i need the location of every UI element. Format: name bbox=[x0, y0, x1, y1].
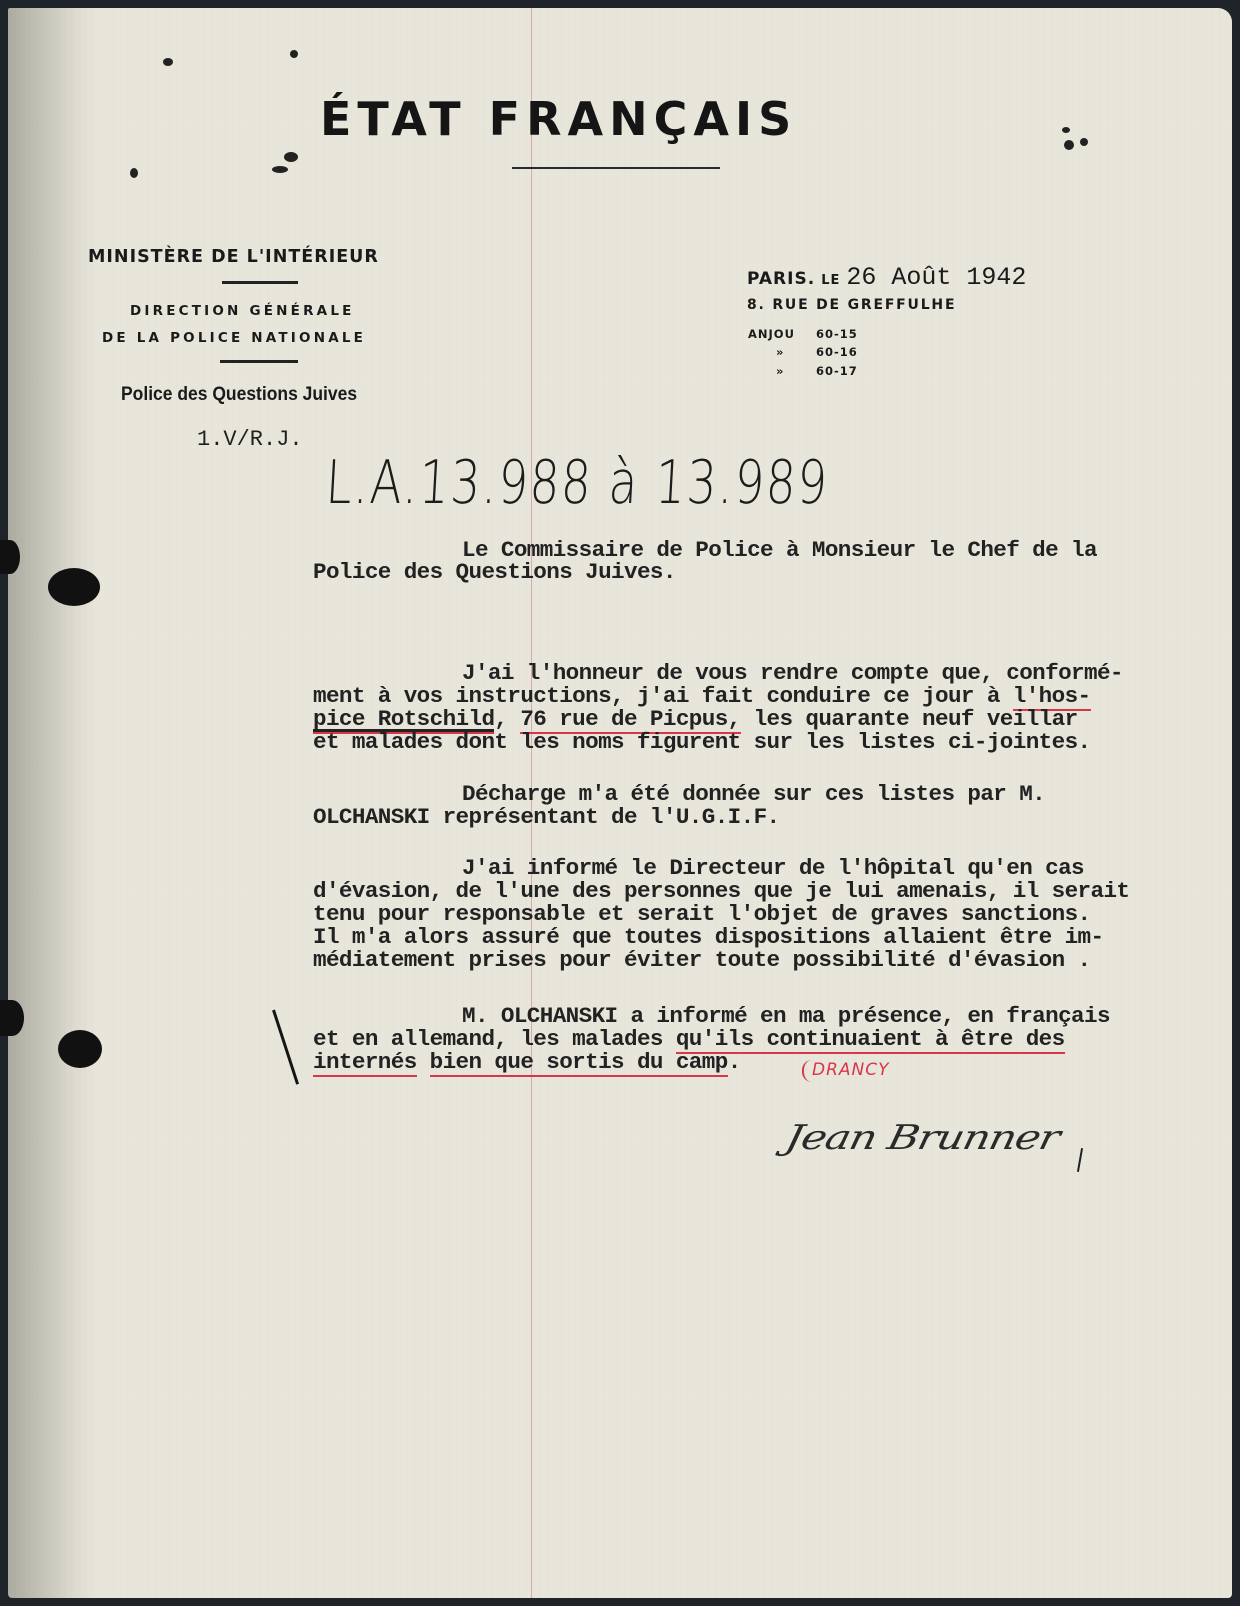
ink-speck bbox=[272, 166, 288, 173]
ink-speck bbox=[284, 152, 298, 162]
ink-speck bbox=[1064, 140, 1074, 150]
paragraph-3-line: médiatement prises pour éviter toute pos… bbox=[313, 948, 1091, 972]
letter-date: 26 Août 1942 bbox=[846, 263, 1026, 292]
phone-number: 60-17 bbox=[816, 364, 858, 378]
ink-speck bbox=[1062, 127, 1070, 133]
title-rule bbox=[512, 167, 720, 169]
paragraph-3-line: J'ai informé le Directeur de l'hôpital q… bbox=[462, 856, 1084, 880]
phone-exchange: ANJOU bbox=[748, 327, 795, 341]
paragraph-4-line: et en allemand, les malades qu'ils conti… bbox=[313, 1027, 1065, 1051]
le-label: LE bbox=[821, 273, 840, 288]
ink-speck bbox=[290, 50, 298, 58]
phone-number: 60-16 bbox=[816, 345, 858, 359]
handwritten-reference: L.A.13.988 à 13.989 bbox=[324, 448, 830, 518]
paragraph-2-line: OLCHANSKI représentant de l'U.G.I.F. bbox=[313, 805, 780, 829]
divider bbox=[220, 360, 298, 363]
street-address: 8. RUE DE GREFFULHE bbox=[747, 297, 956, 313]
underlined-text: bien que sortis du camp bbox=[430, 1049, 728, 1077]
direction-line-1: DIRECTION GÉNÉRALE bbox=[130, 303, 355, 319]
service-name: Police des Questions Juives bbox=[121, 384, 357, 406]
paragraph-4-line: M. OLCHANSKI a informé en ma présence, e… bbox=[462, 1004, 1110, 1028]
text: médiatement prises pour éviter toute pos… bbox=[313, 947, 1091, 973]
reference-code: 1.V/R.J. bbox=[197, 427, 303, 452]
paragraph-3-line: Il m'a alors assuré que toutes dispositi… bbox=[313, 925, 1103, 949]
text bbox=[417, 1049, 430, 1075]
paragraph-1-line: ment à vos instructions, j'ai fait condu… bbox=[313, 684, 1091, 708]
direction-line-2: DE LA POLICE NATIONALE bbox=[102, 330, 366, 346]
phone-exchange: » bbox=[776, 364, 784, 378]
punch-hole bbox=[0, 540, 20, 574]
ink-speck bbox=[1080, 138, 1088, 146]
phone-exchange: » bbox=[776, 345, 784, 359]
paragraph-3-line: d'évasion, de l'une des personnes que je… bbox=[313, 879, 1129, 903]
paragraph-2-line: Décharge m'a été donnée sur ces listes p… bbox=[462, 782, 1045, 806]
paragraph-3-line: tenu pour responsable et serait l'objet … bbox=[313, 902, 1091, 926]
punch-hole bbox=[48, 568, 100, 606]
paragraph-4-line: internés bien que sortis du camp. bbox=[313, 1050, 741, 1074]
signature: Jean Brunner bbox=[782, 1118, 1063, 1158]
phone-number: 60-15 bbox=[816, 327, 858, 341]
state-title: ÉTAT FRANÇAIS bbox=[320, 92, 797, 146]
text: et malades dont les noms figurent sur le… bbox=[313, 729, 1091, 755]
text: . bbox=[728, 1049, 741, 1075]
punch-hole bbox=[0, 1000, 24, 1036]
punch-hole bbox=[58, 1030, 102, 1068]
paragraph-1-line: pice Rotschild, 76 rue de Picpus, les qu… bbox=[313, 707, 1078, 731]
text: OLCHANSKI représentant de l'U.G.I.F. bbox=[313, 804, 780, 830]
red-annotation: DRANCY bbox=[812, 1060, 890, 1080]
paragraph-1-line: J'ai l'honneur de vous rendre compte que… bbox=[462, 661, 1123, 685]
ink-speck bbox=[163, 58, 173, 66]
addressee-text: Police des Questions Juives. bbox=[313, 559, 676, 585]
divider bbox=[222, 281, 298, 284]
city: PARIS. bbox=[747, 269, 815, 289]
dateline: PARIS.LE26 Août 1942 bbox=[747, 263, 1026, 292]
underlined-text: internés bbox=[313, 1049, 417, 1077]
paragraph-1-line: et malades dont les noms figurent sur le… bbox=[313, 730, 1091, 754]
addressee-line-2: Police des Questions Juives. bbox=[313, 560, 676, 584]
ministry-name: MINISTÈRE DE L'INTÉRIEUR bbox=[88, 247, 379, 267]
ink-speck bbox=[130, 168, 138, 178]
